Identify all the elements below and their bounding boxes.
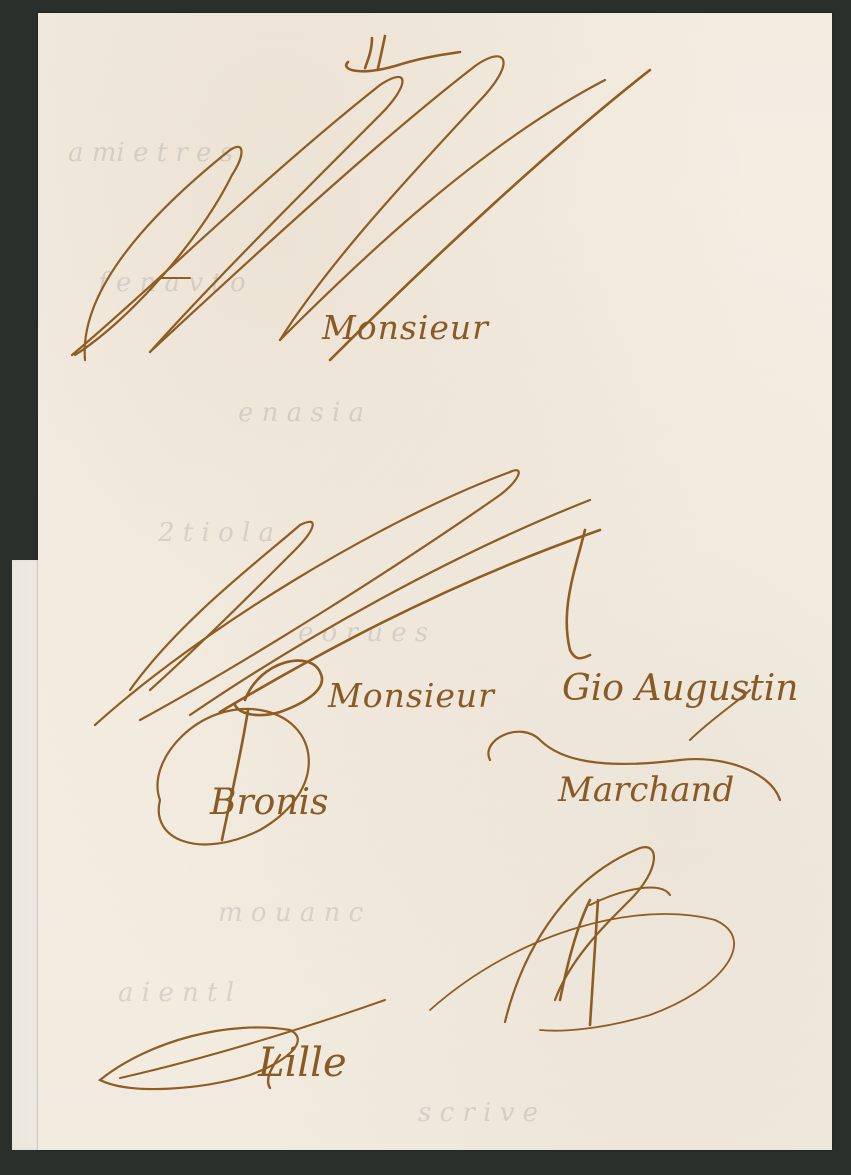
salutation-monsieur-lower: Monsieur: [328, 676, 495, 715]
salutation-monsieur-upper: Monsieur: [322, 308, 489, 347]
destination-city: Lille: [258, 1040, 347, 1086]
calligraphic-flourishes: [0, 0, 851, 1175]
addressee-surname: Bronis: [210, 782, 329, 823]
addressee-given-name: Gio Augustin: [562, 668, 798, 709]
addressee-occupation: Marchand: [558, 770, 734, 810]
